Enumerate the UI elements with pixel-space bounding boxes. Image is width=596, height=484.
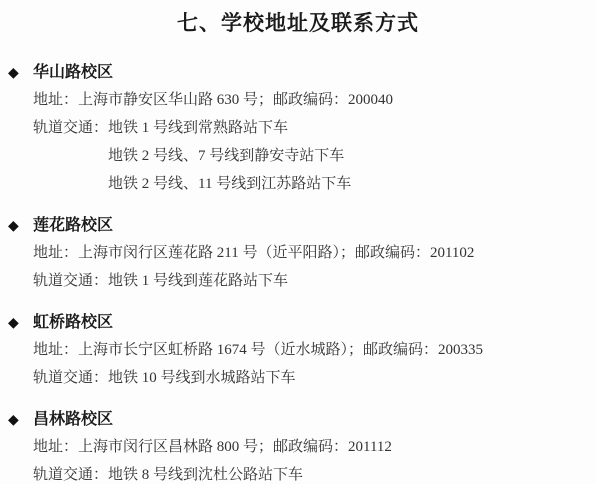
transit-line: 地铁 10 号线到水城路站下车 <box>108 364 296 392</box>
document-page: 七、学校地址及联系方式 ◆ 华山路校区 地址：上海市静安区华山路 630 号；邮… <box>0 0 596 484</box>
transit-line: 地铁 8 号线到沈杜公路站下车 <box>108 461 303 484</box>
campus-transit: 轨道交通： 地铁 1 号线到常熟路站下车 地铁 2 号线、7 号线到静安寺站下车… <box>0 114 596 198</box>
transit-line: 地铁 2 号线、11 号线到江苏路站下车 <box>108 170 351 198</box>
campus-section-lianhua: ◆ 莲花路校区 地址：上海市闵行区莲花路 211 号（近平阳路）；邮政编码：20… <box>0 213 596 295</box>
campus-section-changlin: ◆ 昌林路校区 地址：上海市闵行区昌林路 800 号；邮政编码：201112 轨… <box>0 407 596 484</box>
transit-label: 轨道交通： <box>33 364 108 392</box>
campus-transit: 轨道交通： 地铁 10 号线到水城路站下车 <box>0 364 596 392</box>
diamond-bullet-icon: ◆ <box>8 60 33 86</box>
campus-heading: ◆ 华山路校区 <box>0 60 596 86</box>
transit-lines: 地铁 10 号线到水城路站下车 <box>108 364 296 392</box>
transit-line: 地铁 1 号线到常熟路站下车 <box>108 114 351 142</box>
transit-line: 地铁 1 号线到莲花路站下车 <box>108 267 288 295</box>
transit-label: 轨道交通： <box>33 267 108 295</box>
campus-name: 虹桥路校区 <box>33 310 113 336</box>
campus-address: 地址：上海市静安区华山路 630 号；邮政编码：200040 <box>0 86 596 114</box>
campus-address: 地址：上海市闵行区昌林路 800 号；邮政编码：201112 <box>0 433 596 461</box>
page-title: 七、学校地址及联系方式 <box>0 8 596 38</box>
campus-section-hongqiao: ◆ 虹桥路校区 地址：上海市长宁区虹桥路 1674 号（近水城路）；邮政编码：2… <box>0 310 596 392</box>
campus-heading: ◆ 莲花路校区 <box>0 213 596 239</box>
diamond-bullet-icon: ◆ <box>8 310 33 336</box>
transit-lines: 地铁 1 号线到常熟路站下车 地铁 2 号线、7 号线到静安寺站下车 地铁 2 … <box>108 114 351 198</box>
transit-line: 地铁 2 号线、7 号线到静安寺站下车 <box>108 142 351 170</box>
transit-label: 轨道交通： <box>33 461 108 484</box>
campus-transit: 轨道交通： 地铁 1 号线到莲花路站下车 <box>0 267 596 295</box>
campus-name: 华山路校区 <box>33 60 113 86</box>
diamond-bullet-icon: ◆ <box>8 213 33 239</box>
campus-name: 莲花路校区 <box>33 213 113 239</box>
campus-heading: ◆ 昌林路校区 <box>0 407 596 433</box>
campus-address: 地址：上海市长宁区虹桥路 1674 号（近水城路）；邮政编码：200335 <box>0 336 596 364</box>
campus-transit: 轨道交通： 地铁 8 号线到沈杜公路站下车 <box>0 461 596 484</box>
campus-name: 昌林路校区 <box>33 407 113 433</box>
transit-lines: 地铁 8 号线到沈杜公路站下车 <box>108 461 303 484</box>
transit-label: 轨道交通： <box>33 114 108 142</box>
campus-address: 地址：上海市闵行区莲花路 211 号（近平阳路）；邮政编码：201102 <box>0 239 596 267</box>
campus-heading: ◆ 虹桥路校区 <box>0 310 596 336</box>
transit-lines: 地铁 1 号线到莲花路站下车 <box>108 267 288 295</box>
diamond-bullet-icon: ◆ <box>8 407 33 433</box>
campus-section-huashan: ◆ 华山路校区 地址：上海市静安区华山路 630 号；邮政编码：200040 轨… <box>0 60 596 198</box>
